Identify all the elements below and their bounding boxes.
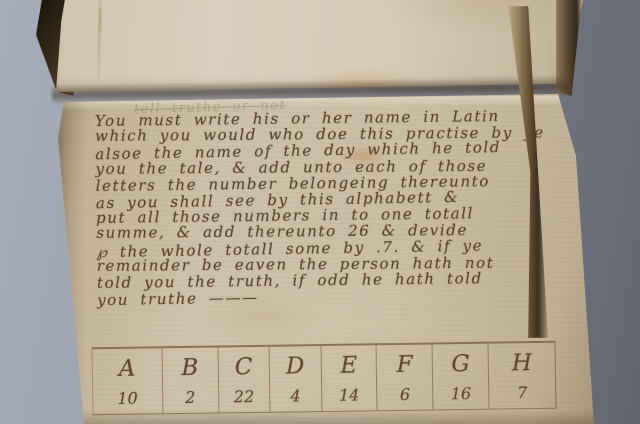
table-letter-row: ABCDEFGH [93, 343, 555, 387]
number-cell: 16 [432, 382, 488, 410]
alphabet-number-table: ABCDEFGH 102224146167 [92, 341, 557, 415]
number-cell: 6 [376, 382, 432, 410]
letter-cell: A [93, 348, 162, 387]
paper-stain-line [97, 0, 102, 78]
letter-cell: H [488, 343, 555, 382]
letter-cell: F [376, 344, 432, 383]
number-cell: 14 [321, 383, 377, 411]
letter-cell: G [432, 344, 488, 383]
number-cell: 7 [488, 381, 555, 409]
page-bottom-edge-shadow [52, 410, 604, 424]
number-cell: 4 [269, 384, 321, 412]
manuscript-photo: tell truthe or not You must write his or… [0, 0, 640, 424]
letter-cell: B [161, 347, 217, 386]
letter-cell: C [217, 347, 269, 386]
letter-cell: D [269, 346, 321, 385]
handwritten-line: you the tale, & add unto each of those [95, 157, 575, 177]
gutter-shading [52, 86, 86, 424]
handwritten-text-block: You must write his or her name in Latinw… [95, 107, 577, 307]
manuscript-page: tell truthe or not You must write his or… [52, 86, 604, 424]
letter-cell: E [320, 345, 376, 384]
number-cell: 22 [218, 385, 270, 413]
table-grid: ABCDEFGH 102224146167 [92, 341, 557, 415]
